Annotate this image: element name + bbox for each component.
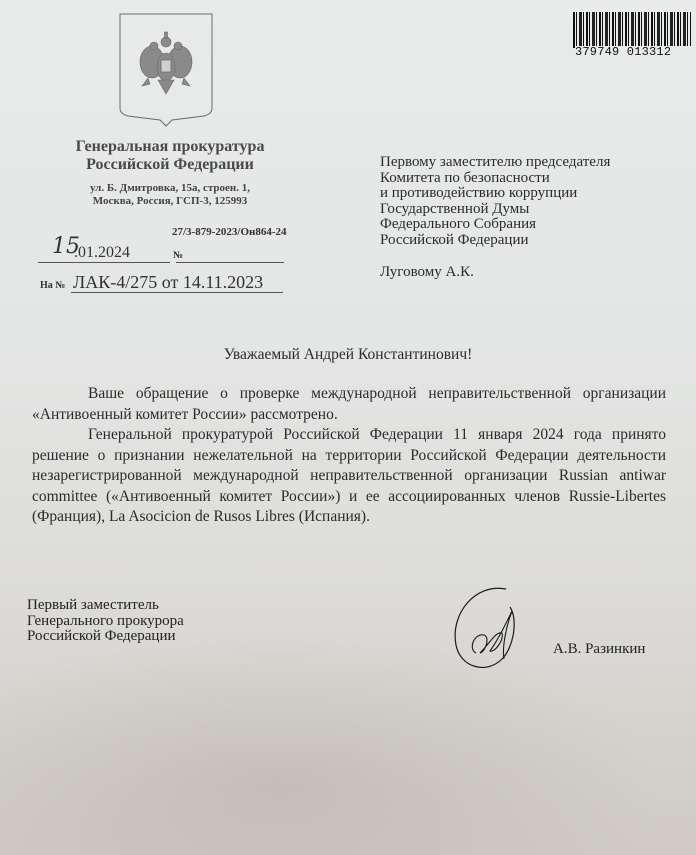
sender-block: Генеральная прокуратура Российской Федер…: [40, 138, 300, 208]
signer-title-line: Российской Федерации: [27, 629, 184, 645]
addressee-line: Комитета по безопасности: [380, 171, 690, 187]
addressee-line: и противодействию коррупции: [380, 186, 690, 202]
addressee-block: Первому заместителю председателя Комитет…: [380, 155, 690, 248]
barcode-bars: [573, 12, 691, 48]
reference-mark: На №: [40, 280, 65, 291]
letter-body: Ваше обращение о проверке международной …: [32, 384, 666, 528]
salutation: Уважаемый Андрей Константинович!: [0, 346, 696, 364]
barcode-number: 379749 013312: [575, 46, 691, 59]
addressee-line: Государственной Думы: [380, 202, 690, 218]
number-underline: [176, 262, 284, 263]
sender-org-line2: Российской Федерации: [40, 156, 300, 174]
signer-title-line: Генерального прокурора: [27, 614, 184, 630]
sender-address-line1: ул. Б. Дмитровка, 15а, строен. 1,: [40, 182, 300, 195]
russian-coat-of-arms-icon: [118, 12, 214, 128]
letter-page: 379749 013312 Генеральная прокуратура Ро…: [0, 0, 696, 855]
addressee-line: Российской Федерации: [380, 233, 690, 249]
body-paragraph: Генеральной прокуратурой Российской Феде…: [32, 425, 666, 528]
outgoing-number: 27/3-879-2023/Он864-24: [172, 226, 287, 238]
addressee-line: Первому заместителю председателя: [380, 155, 690, 171]
addressee-line: Федерального Собрания: [380, 217, 690, 233]
sender-address-line2: Москва, Россия, ГСП-3, 125993: [40, 195, 300, 208]
addressee-name: Луговому А.К.: [380, 264, 474, 281]
barcode: 379749 013312: [573, 12, 693, 60]
handwritten-signature-icon: [446, 583, 536, 675]
signer-title: Первый заместитель Генерального прокурор…: [27, 598, 184, 645]
reference-number: ЛАК-4/275 от 14.11.2023: [73, 272, 263, 293]
body-paragraph: Ваше обращение о проверке международной …: [32, 384, 666, 425]
outgoing-date: .01.2024: [74, 244, 130, 262]
signer-name: А.В. Разинкин: [553, 641, 645, 658]
number-mark: №: [173, 250, 183, 261]
signer-title-line: Первый заместитель: [27, 598, 184, 614]
sender-org-line1: Генеральная прокуратура: [40, 138, 300, 156]
